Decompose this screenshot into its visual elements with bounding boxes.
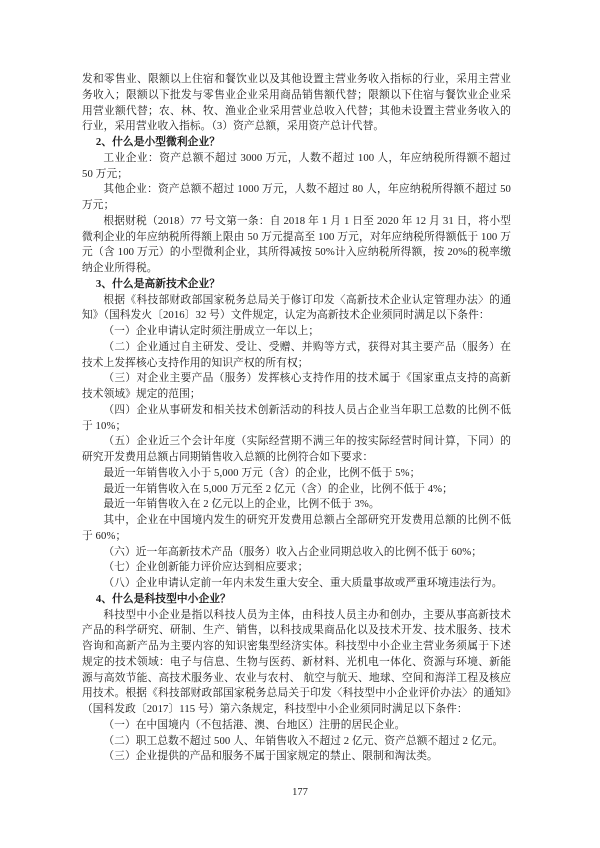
paragraph: 其中，企业在中国境内发生的研究开发费用总额占全部研究开发费用总额的比例不低于 6…	[82, 513, 511, 545]
section-heading: 3、什么是高新技术企业？	[82, 277, 511, 293]
paragraph: （四）企业从事研发和相关技术创新活动的科技人员占企业当年职工总数的比例不低于 1…	[82, 403, 511, 435]
paragraph: （一）企业申请认定时须注册成立一年以上；	[82, 324, 511, 340]
paragraph: 发和零售业、限额以上住宿和餐饮业以及其他设置主营业务收入指标的行业，采用主营业务…	[82, 72, 511, 135]
page-number: 177	[0, 786, 600, 800]
paragraph: （六）近一年高新技术产品（服务）收入占企业同期总收入的比例不低于 60%；	[82, 545, 511, 561]
paragraph: （一）在中国境内（不包括港、澳、台地区）注册的居民企业。	[82, 718, 511, 734]
document-body: 发和零售业、限额以上住宿和餐饮业以及其他设置主营业务收入指标的行业，采用主营业务…	[82, 72, 511, 765]
paragraph: 科技型中小企业是指以科技人员为主体，由科技人员主办和创办，主要从事高新技术产品的…	[82, 608, 511, 718]
paragraph: （三）企业提供的产品和服务不属于国家规定的禁止、限制和淘汰类。	[82, 749, 511, 765]
paragraph: （二）职工总数不超过 500 人、年销售收入不超过 2 亿元、资产总额不超过 2…	[82, 734, 511, 750]
paragraph: （七）企业创新能力评价应达到相应要求；	[82, 560, 511, 576]
paragraph: （三）对企业主要产品（服务）发挥核心支持作用的技术属于《国家重点支持的高新技术领…	[82, 371, 511, 403]
document-page: 发和零售业、限额以上住宿和餐饮业以及其他设置主营业务收入指标的行业，采用主营业务…	[0, 0, 600, 848]
paragraph: 根据财税（2018）77 号文第一条：自 2018 年 1 月 1 日至 202…	[82, 214, 511, 277]
paragraph: （五）企业近三个会计年度（实际经营期不满三年的按实际经营时间计算，下同）的研究开…	[82, 434, 511, 466]
section-heading: 4、什么是科技型中小企业？	[82, 592, 511, 608]
paragraph: 工业企业：资产总额不超过 3000 万元，人数不超过 100 人，年应纳税所得额…	[82, 151, 511, 183]
paragraph: 最近一年销售收入在 5,000 万元至 2 亿元（含）的企业，比例不低于 4%；	[82, 482, 511, 498]
paragraph: （八）企业申请认定前一年内未发生重大安全、重大质量事故或严重环境违法行为。	[82, 576, 511, 592]
paragraph: 最近一年销售收入小于 5,000 万元（含）的企业，比例不低于 5%；	[82, 466, 511, 482]
paragraph: 最近一年销售收入在 2 亿元以上的企业，比例不低于 3%。	[82, 497, 511, 513]
section-heading: 2、什么是小型微利企业？	[82, 135, 511, 151]
paragraph: 根据《科技部财政部国家税务总局关于修订印发〈高新技术企业认定管理办法〉的通知》（…	[82, 293, 511, 325]
paragraph: （二）企业通过自主研发、受让、受赠、并购等方式，获得对其主要产品（服务）在技术上…	[82, 340, 511, 372]
paragraph: 其他企业：资产总额不超过 1000 万元，人数不超过 80 人，年应纳税所得额不…	[82, 182, 511, 214]
